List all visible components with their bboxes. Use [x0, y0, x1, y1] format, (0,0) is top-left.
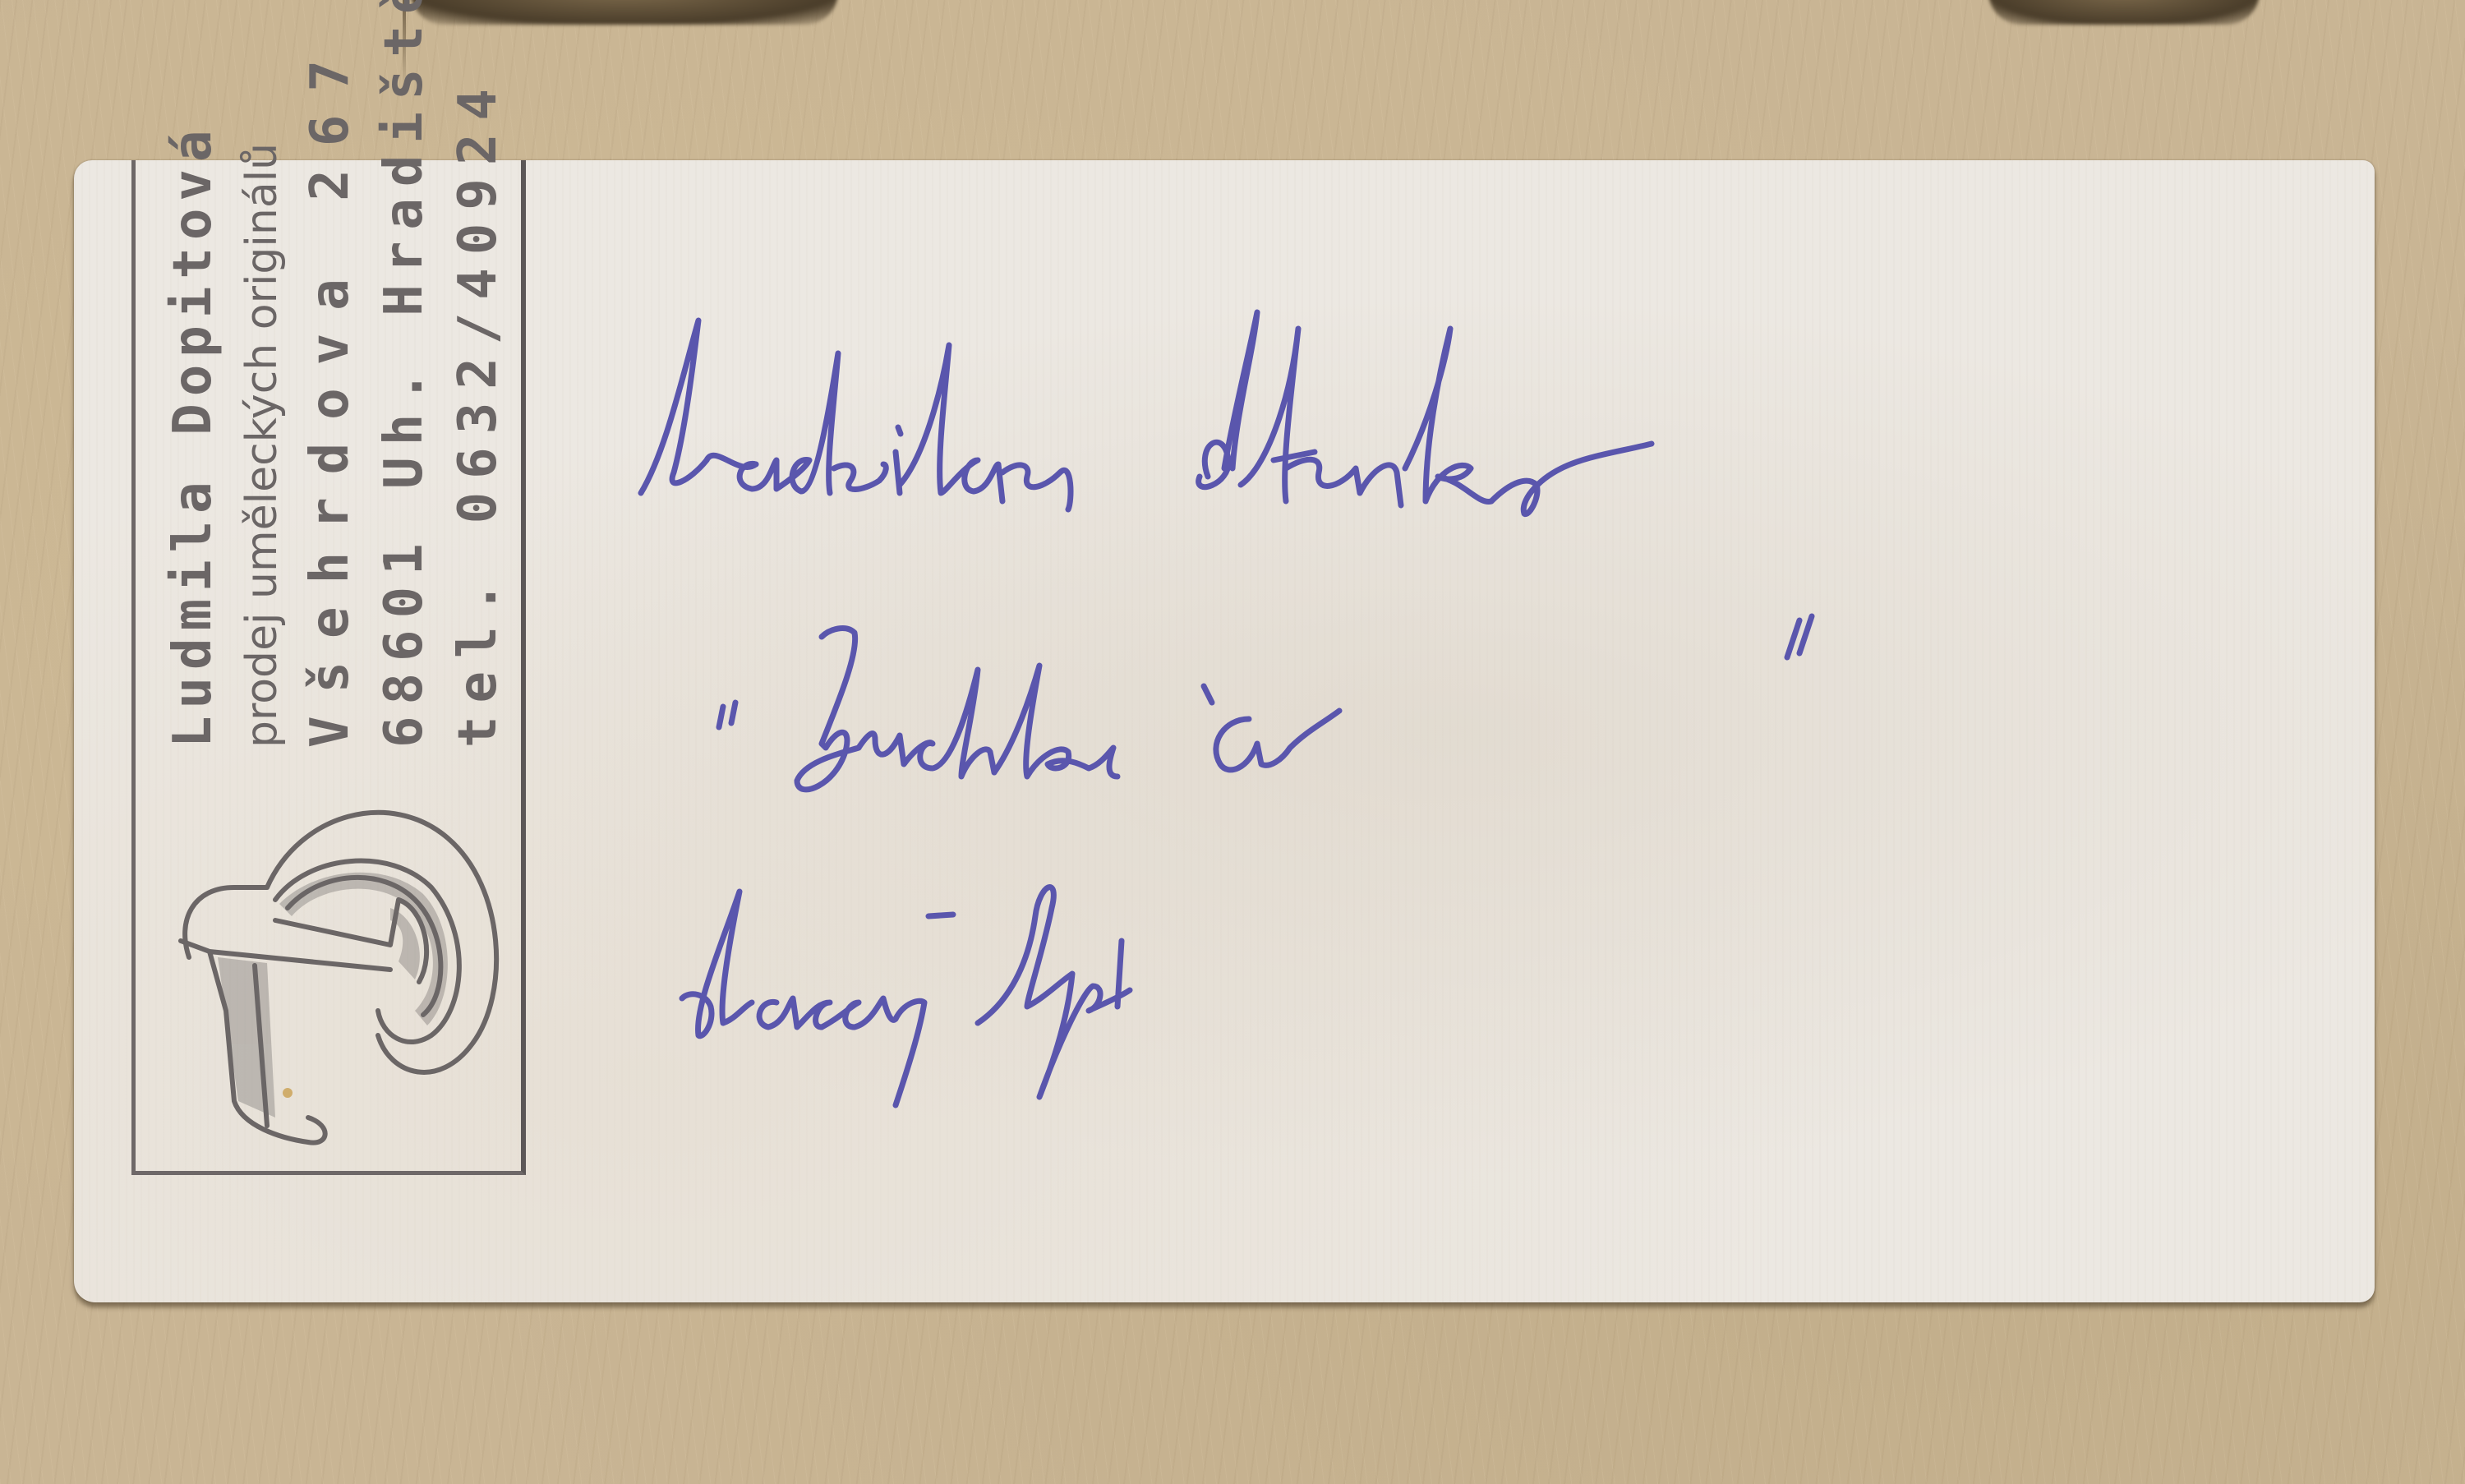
gallery-label: Ludmila Dopitová prodej uměleckých origi… [74, 160, 2375, 1302]
technique-handwriting-strokes [674, 842, 1988, 1138]
artist-name-handwriting-strokes [616, 304, 2136, 518]
handwritten-technique [674, 842, 1988, 1141]
tape-strip-right [1988, 0, 2260, 25]
gallery-stamp: Ludmila Dopitová prodej uměleckých origi… [131, 160, 526, 1175]
stamp-text-block: Ludmila Dopitová prodej uměleckých origi… [144, 0, 530, 764]
handwritten-artist-name [616, 304, 2136, 521]
handwritten-title [715, 604, 1906, 821]
stamp-phone: tel. 0632/40924 [452, 0, 505, 748]
stamp-owner-name: Ludmila Dopitová [167, 0, 219, 748]
stamp-business: prodej uměleckých originálů [241, 0, 283, 748]
stamp-street: Všehrdova 267 [304, 0, 357, 748]
stamp-city: 68601 Uh. Hradiště [378, 0, 431, 748]
dp-monogram-logo-icon [144, 764, 522, 1167]
title-handwriting-strokes [715, 604, 1906, 818]
